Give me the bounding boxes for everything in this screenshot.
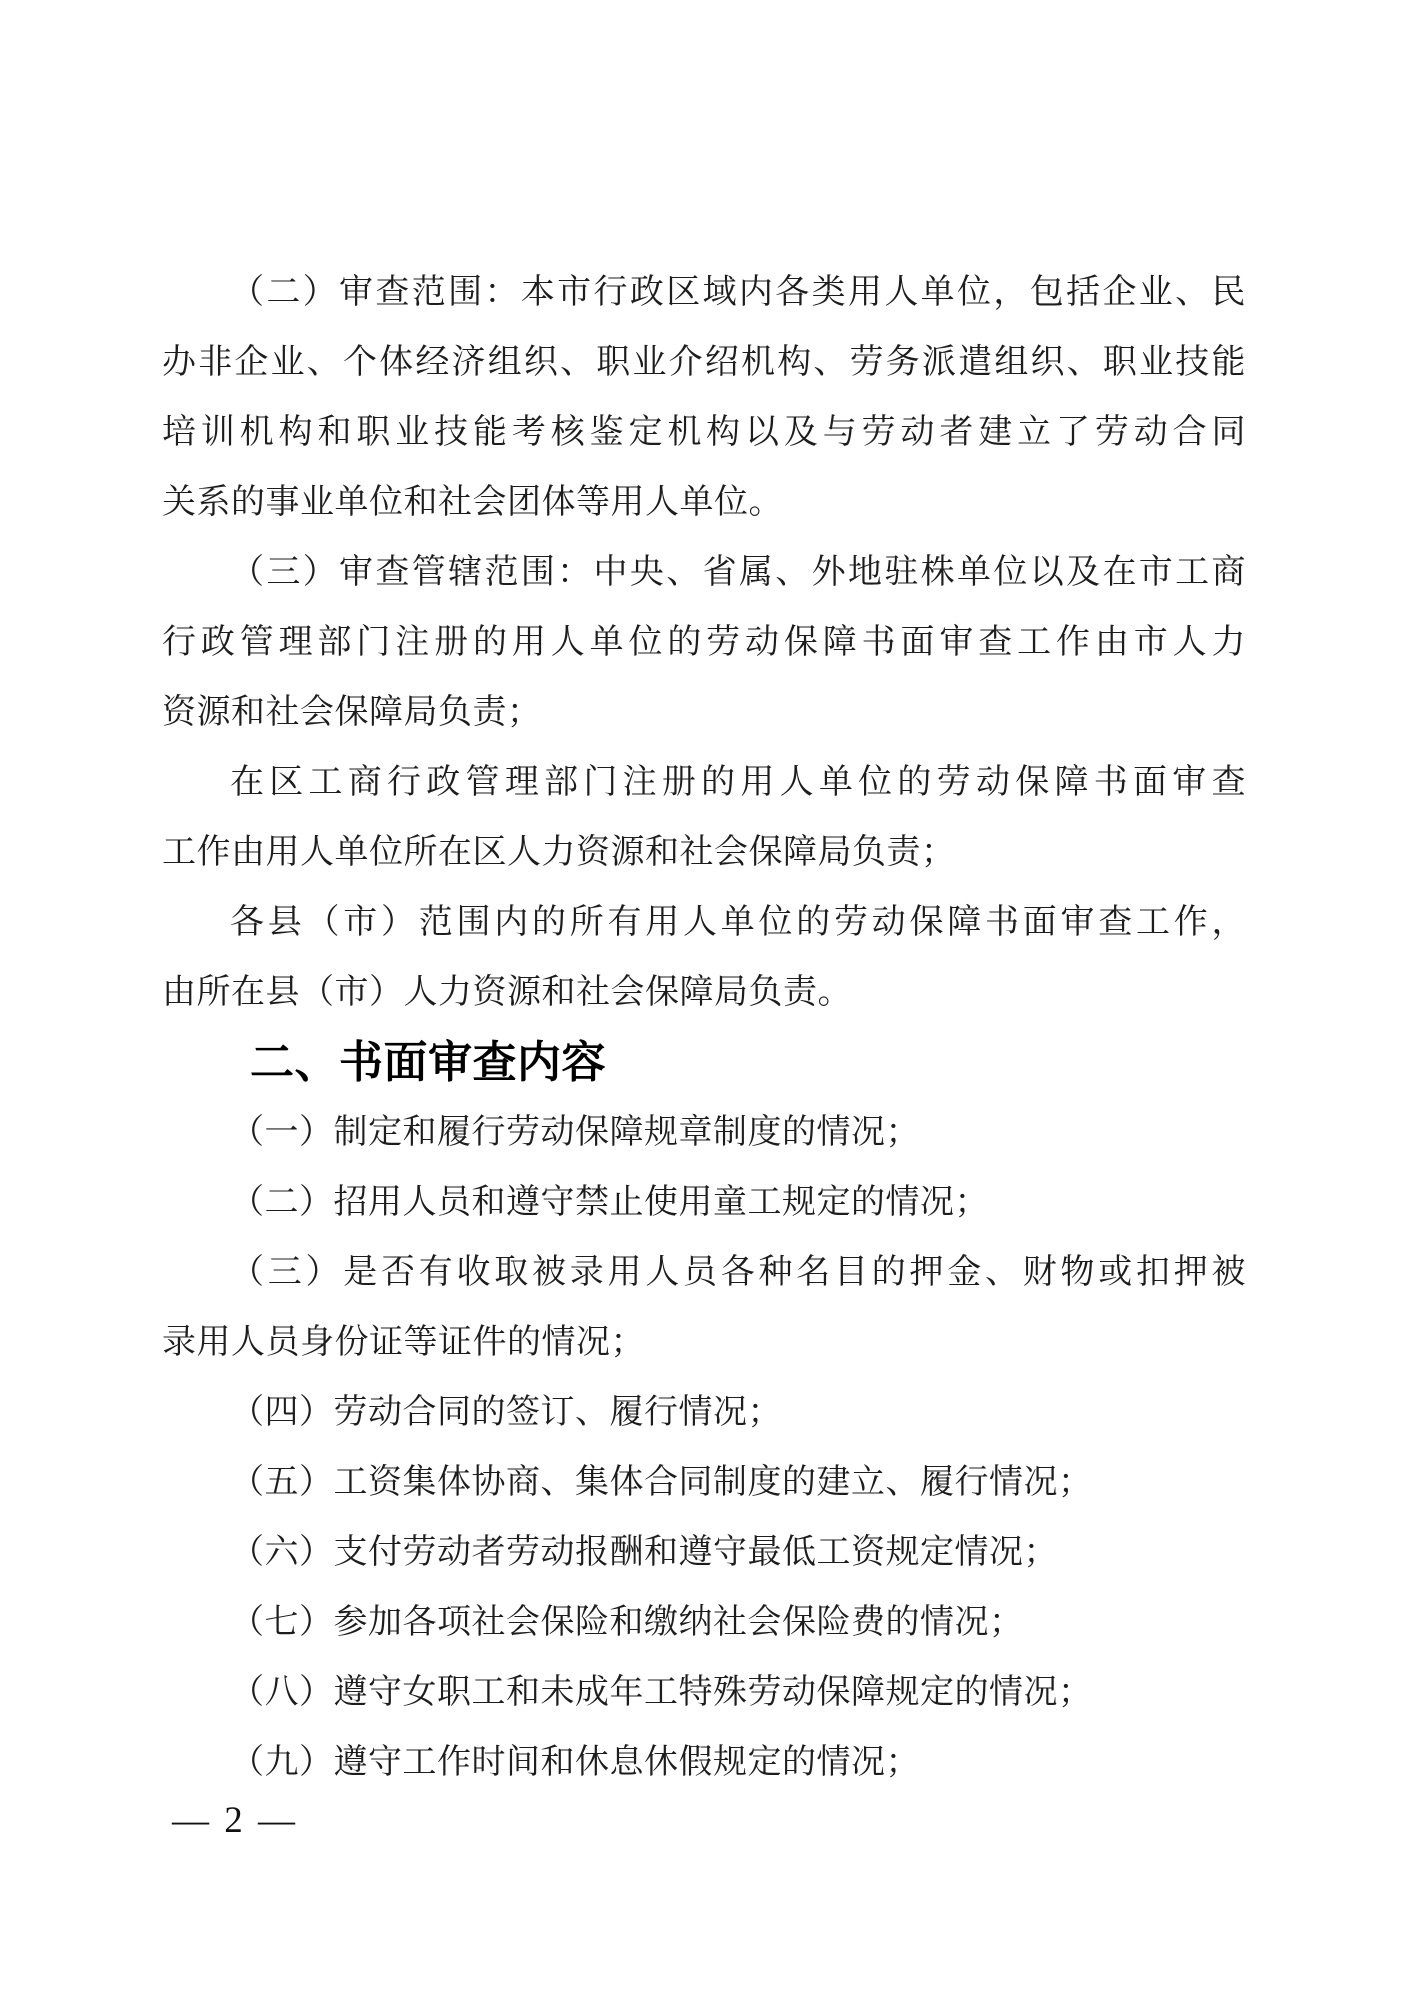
text-line: 办非企业、个体经济组织、职业介绍机构、劳务派遣组织、职业技能 [162, 328, 1246, 398]
text-line: （二）招用人员和遵守禁止使用童工规定的情况； [162, 1168, 1246, 1238]
text-line: 录用人员身份证等证件的情况； [162, 1308, 1246, 1378]
text-line: 各县（市）范围内的所有用人单位的劳动保障书面审查工作， [162, 888, 1246, 958]
text-line: 培训机构和职业技能考核鉴定机构以及与劳动者建立了劳动合同 [162, 398, 1246, 468]
text-line: （七）参加各项社会保险和缴纳社会保险费的情况； [162, 1588, 1246, 1658]
paragraph: （三）是否有收取被录用人员各种名目的押金、财物或扣押被录用人员身份证等证件的情况… [162, 1238, 1246, 1378]
text-line: 工作由用人单位所在区人力资源和社会保障局负责； [162, 818, 1246, 888]
text-line: 由所在县（市）人力资源和社会保障局负责。 [162, 958, 1246, 1028]
document-body: （二）审查范围：本市行政区域内各类用人单位，包括企业、民办非企业、个体经济组织、… [162, 258, 1246, 1798]
text-line: （五）工资集体协商、集体合同制度的建立、履行情况； [162, 1448, 1246, 1518]
section-heading-text: 二、书面审查内容 [162, 1028, 1246, 1098]
text-line: 行政管理部门注册的用人单位的劳动保障书面审查工作由市人力 [162, 608, 1246, 678]
paragraph: 各县（市）范围内的所有用人单位的劳动保障书面审查工作，由所在县（市）人力资源和社… [162, 888, 1246, 1028]
paragraph: （八）遵守女职工和未成年工特殊劳动保障规定的情况； [162, 1658, 1246, 1728]
text-line: 在区工商行政管理部门注册的用人单位的劳动保障书面审查 [162, 748, 1246, 818]
text-line: （六）支付劳动者劳动报酬和遵守最低工资规定情况； [162, 1518, 1246, 1588]
paragraph: （四）劳动合同的签订、履行情况； [162, 1378, 1246, 1448]
paragraph: （九）遵守工作时间和休息休假规定的情况； [162, 1728, 1246, 1798]
section-heading: 二、书面审查内容 [162, 1028, 1246, 1098]
page-number: — 2 — [172, 1797, 298, 1845]
paragraph: （一）制定和履行劳动保障规章制度的情况； [162, 1098, 1246, 1168]
text-line: （四）劳动合同的签订、履行情况； [162, 1378, 1246, 1448]
text-line: （三）审查管辖范围：中央、省属、外地驻株单位以及在市工商 [162, 538, 1246, 608]
paragraph: （五）工资集体协商、集体合同制度的建立、履行情况； [162, 1448, 1246, 1518]
text-line: （二）审查范围：本市行政区域内各类用人单位，包括企业、民 [162, 258, 1246, 328]
paragraph: （六）支付劳动者劳动报酬和遵守最低工资规定情况； [162, 1518, 1246, 1588]
text-line: （三）是否有收取被录用人员各种名目的押金、财物或扣押被 [162, 1238, 1246, 1308]
paragraph: （七）参加各项社会保险和缴纳社会保险费的情况； [162, 1588, 1246, 1658]
paragraph: 在区工商行政管理部门注册的用人单位的劳动保障书面审查工作由用人单位所在区人力资源… [162, 748, 1246, 888]
paragraph: （二）审查范围：本市行政区域内各类用人单位，包括企业、民办非企业、个体经济组织、… [162, 258, 1246, 538]
paragraph: （二）招用人员和遵守禁止使用童工规定的情况； [162, 1168, 1246, 1238]
text-line: （九）遵守工作时间和休息休假规定的情况； [162, 1728, 1246, 1798]
text-line: 关系的事业单位和社会团体等用人单位。 [162, 468, 1246, 538]
text-line: （一）制定和履行劳动保障规章制度的情况； [162, 1098, 1246, 1168]
document-page: （二）审查范围：本市行政区域内各类用人单位，包括企业、民办非企业、个体经济组织、… [0, 0, 1413, 2000]
text-line: 资源和社会保障局负责； [162, 678, 1246, 748]
text-line: （八）遵守女职工和未成年工特殊劳动保障规定的情况； [162, 1658, 1246, 1728]
paragraph: （三）审查管辖范围：中央、省属、外地驻株单位以及在市工商行政管理部门注册的用人单… [162, 538, 1246, 748]
